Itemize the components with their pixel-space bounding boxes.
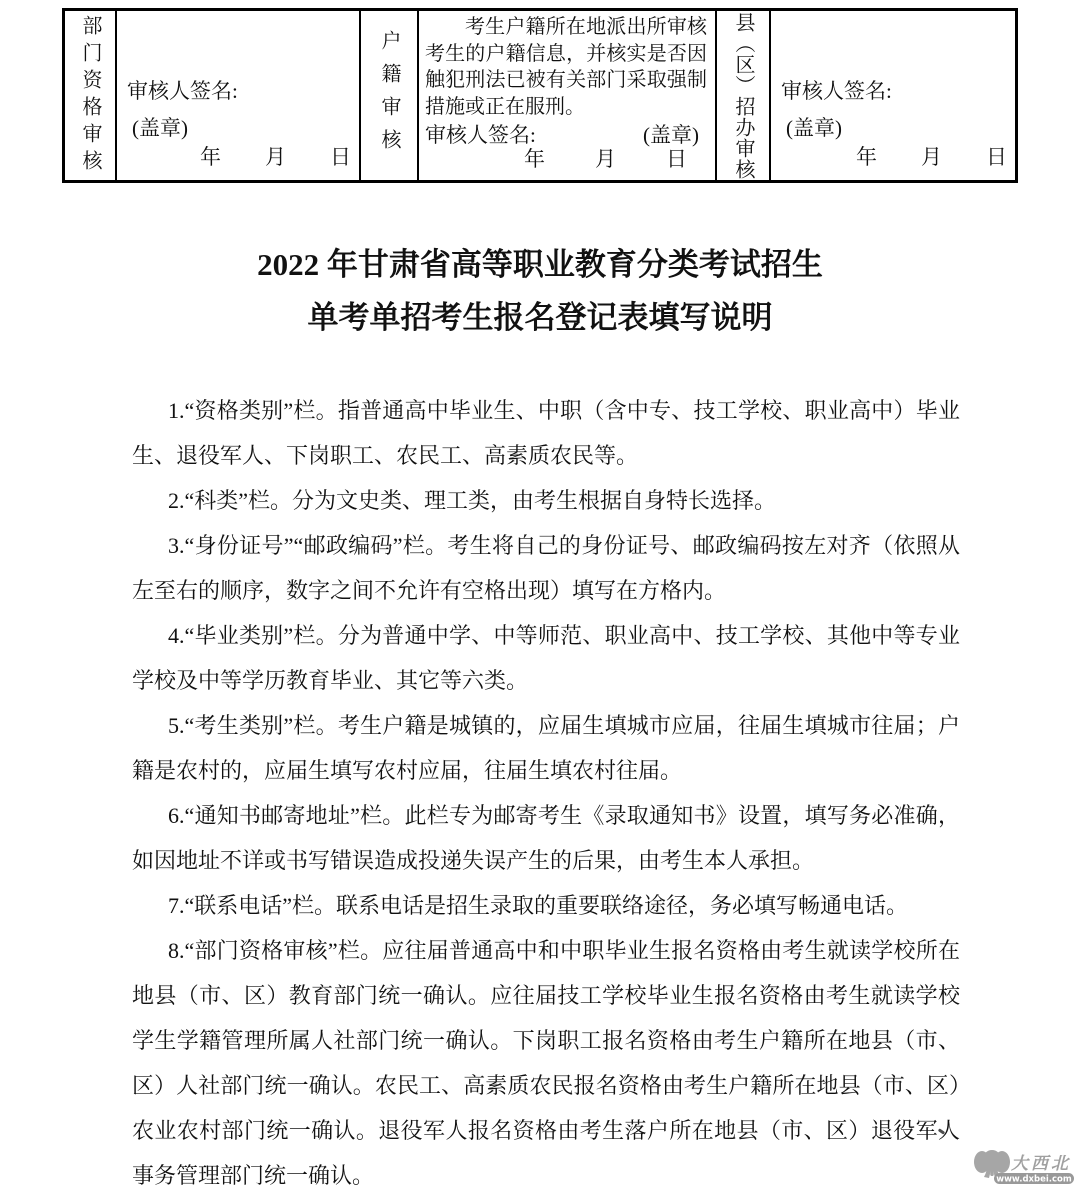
table-header-hukou-audit: 户籍审核 — [359, 11, 417, 180]
date-row: 年 月 日 — [771, 141, 1007, 171]
date-row: 年 月 日 — [117, 141, 351, 171]
instruction-paragraph-4: 4.“毕业类别”栏。分为普通中学、中等师范、职业高中、技工学校、其他中等专业学校… — [132, 613, 960, 703]
sign-label: 审核人签名: — [127, 75, 238, 105]
dept-audit-header-label: 部门资格审核 — [80, 15, 100, 177]
date-row: 年 月 日 — [419, 143, 687, 173]
county-audit-header-label: 县（区）招办审核 — [733, 12, 753, 180]
instruction-paragraph-3: 3.“身份证号”“邮政编码”栏。考生将自己的身份证号、邮政编码按左对齐（依照从左… — [132, 523, 960, 613]
document-page: 部门资格审核 审核人签名: (盖章) 年 月 日 户籍审核 考生户籍所在地派出所… — [0, 0, 1080, 1190]
seal-label: (盖章) — [132, 112, 188, 142]
year-label: 年 — [524, 143, 545, 173]
year-label: 年 — [200, 141, 221, 171]
hukou-audit-header-label: 户籍审核 — [379, 30, 399, 162]
instruction-paragraph-2: 2.“科类”栏。分为文史类、理工类，由考生根据自身特长选择。 — [132, 478, 960, 523]
page-title-line-1: 2022 年甘肃省高等职业教育分类考试招生 — [257, 247, 823, 282]
table-header-county-admissions-audit: 县（区）招办审核 — [715, 11, 769, 180]
dxbei-watermark: 大西北 www.dxbei.com — [974, 1146, 1076, 1188]
page-title: 2022 年甘肃省高等职业教育分类考试招生 单考单招考生报名登记表填写说明 — [0, 238, 1080, 344]
month-label: 月 — [265, 141, 286, 171]
month-label: 月 — [921, 141, 942, 171]
page-title-line-2: 单考单招考生报名登记表填写说明 — [308, 300, 773, 335]
watermark-site-name: 大西北 — [1010, 1154, 1071, 1174]
instruction-paragraph-6: 6.“通知书邮寄地址”栏。此栏专为邮寄考生《录取通知书》设置，填写务必准确，如因… — [132, 793, 960, 883]
hukou-audit-cell: 考生户籍所在地派出所审核考生的户籍信息，并核实是否因触犯刑法已被有关部门采取强制… — [417, 11, 715, 180]
day-label: 日 — [330, 141, 351, 171]
instruction-paragraph-5: 5.“考生类别”栏。考生户籍是城镇的，应届生填城市应届，往届生填城市往届；户籍是… — [132, 703, 960, 793]
day-label: 日 — [666, 143, 687, 173]
year-label: 年 — [856, 141, 877, 171]
watermark-site-url: www.dxbei.com — [996, 1175, 1072, 1185]
watermark-graphic: 大西北 www.dxbei.com — [974, 1146, 1076, 1188]
instructions-body: 1.“资格类别”栏。指普通高中毕业生、中职（含中专、技工学校、职业高中）毕业生、… — [132, 388, 960, 1190]
sign-label: 审核人签名: — [781, 75, 892, 105]
month-label: 月 — [595, 143, 616, 173]
seal-label: (盖章) — [786, 112, 842, 142]
instruction-paragraph-1: 1.“资格类别”栏。指普通高中毕业生、中职（含中专、技工学校、职业高中）毕业生、… — [132, 388, 960, 478]
hukou-audit-note: 考生户籍所在地派出所审核考生的户籍信息，并核实是否因触犯刑法已被有关部门采取强制… — [419, 11, 715, 120]
table-header-dept-audit: 部门资格审核 — [65, 11, 115, 180]
audit-table: 部门资格审核 审核人签名: (盖章) 年 月 日 户籍审核 考生户籍所在地派出所… — [62, 8, 1018, 183]
dept-audit-sign-cell: 审核人签名: (盖章) 年 月 日 — [115, 11, 359, 180]
instruction-paragraph-7: 7.“联系电话”栏。联系电话是招生录取的重要联络途径，务必填写畅通电话。 — [132, 883, 960, 928]
instruction-paragraph-8: 8.“部门资格审核”栏。应往届普通高中和中职毕业生报名资格由考生就读学校所在地县… — [132, 928, 960, 1190]
county-audit-sign-cell: 审核人签名: (盖章) 年 月 日 — [769, 11, 1015, 180]
day-label: 日 — [986, 141, 1007, 171]
